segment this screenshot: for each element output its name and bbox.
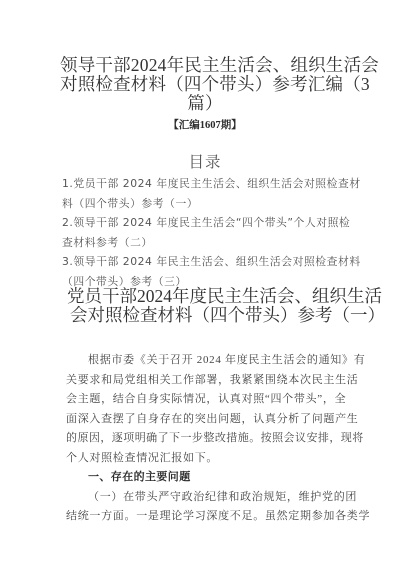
toc-item-3-line-1[interactable]: 3.领导干部 2024 年民主生活会、组织生活会对照检查材料 [62, 254, 361, 269]
toc-item-2-line-2[interactable]: 查材料参考（二） [62, 235, 153, 250]
intro-line-5: 的原因，逐项明确了下一步整改措施。按照会议安排，现将 [66, 429, 364, 445]
issue-tag: 【汇编1607期】 [60, 117, 350, 132]
intro-line-6: 个人对照检查情况汇报如下。 [66, 449, 218, 465]
toc-item-1-line-2[interactable]: 料（四个带头）参考（一） [62, 196, 198, 211]
doc-title-line-3: 篇） [60, 94, 350, 113]
intro-line-2: 关要求和局党组相关工作部署，我紧紧围绕本次民主生活 [66, 371, 359, 387]
intro-line-4: 面深入查摆了自身存在的突出问题，认真分析了问题产生 [66, 410, 359, 426]
toc-item-2-line-1[interactable]: 2.领导干部 2024 年度民主生活会“四个带头”个人对照检 [62, 215, 350, 230]
doc-title-line-2: 对照检查材料（四个带头）参考汇编（3 [60, 75, 350, 94]
sub-line-2: 结统一方面。一是理论学习深度不足。虽然定期参加各类学 [66, 507, 370, 523]
section-title-line-2: 会对照检查材料（四个带头）参考（一） [70, 306, 385, 325]
sub-line-1: （一）在带头严守政治纪律和政治规矩，维护党的团 [88, 488, 357, 504]
document-page: 领导干部2024年民主生活会、组织生活会 对照检查材料（四个带头）参考汇编（3 … [0, 0, 410, 580]
intro-line-3: 会主题，结合自身实际情况，认真对照“四个带头”，全 [66, 390, 346, 406]
toc-heading: 目录 [60, 150, 350, 172]
doc-title-line-1: 领导干部2024年民主生活会、组织生活会 [60, 56, 350, 75]
section-title-line-1: 党员干部2024年度民主生活会、组织生活 [67, 287, 382, 306]
heading-main-problems: 一、存在的主要问题 [88, 468, 191, 484]
intro-line-1: 根据市委《关于召开 2024 年度民主生活会的通知》有 [88, 351, 365, 367]
toc-item-1-line-1[interactable]: 1.党员干部 2024 年度民主生活会、组织生活会对照检查材 [62, 176, 361, 191]
